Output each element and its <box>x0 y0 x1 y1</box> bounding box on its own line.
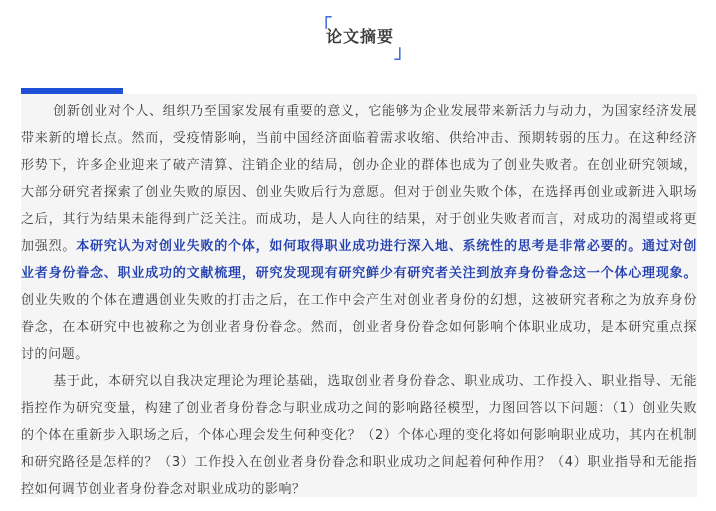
abstract-box: 创新创业对个人、组织乃至国家发展有重要的意义，它能够为企业发展带来新活力与动力，… <box>21 94 697 497</box>
abstract-paragraph-1: 创新创业对个人、组织乃至国家发展有重要的意义，它能够为企业发展带来新活力与动力，… <box>21 98 697 368</box>
section-heading: 「 论文摘要 」 <box>0 0 716 80</box>
section-title: 论文摘要 <box>326 24 394 47</box>
paragraph-text: 创业失败的个体在遭遇创业失败的打击之后，在工作中会产生对创业者身份的幻想，这被研… <box>21 293 697 362</box>
close-bracket-icon: 」 <box>394 44 412 62</box>
paragraph-text: 创新创业对个人、组织乃至国家发展有重要的意义，它能够为企业发展带来新活力与动力，… <box>21 104 697 254</box>
highlighted-text: 本研究认为对创业失败的个体，如何取得职业成功进行深入地、系统性的思考是非常必要的… <box>21 239 697 281</box>
paragraph-text: 基于此，本研究以自我决定理论为理论基础，选取创业者身份眷念、职业成功、工作投入、… <box>21 374 697 497</box>
abstract-paragraph-2: 基于此，本研究以自我决定理论为理论基础，选取创业者身份眷念、职业成功、工作投入、… <box>21 368 697 503</box>
